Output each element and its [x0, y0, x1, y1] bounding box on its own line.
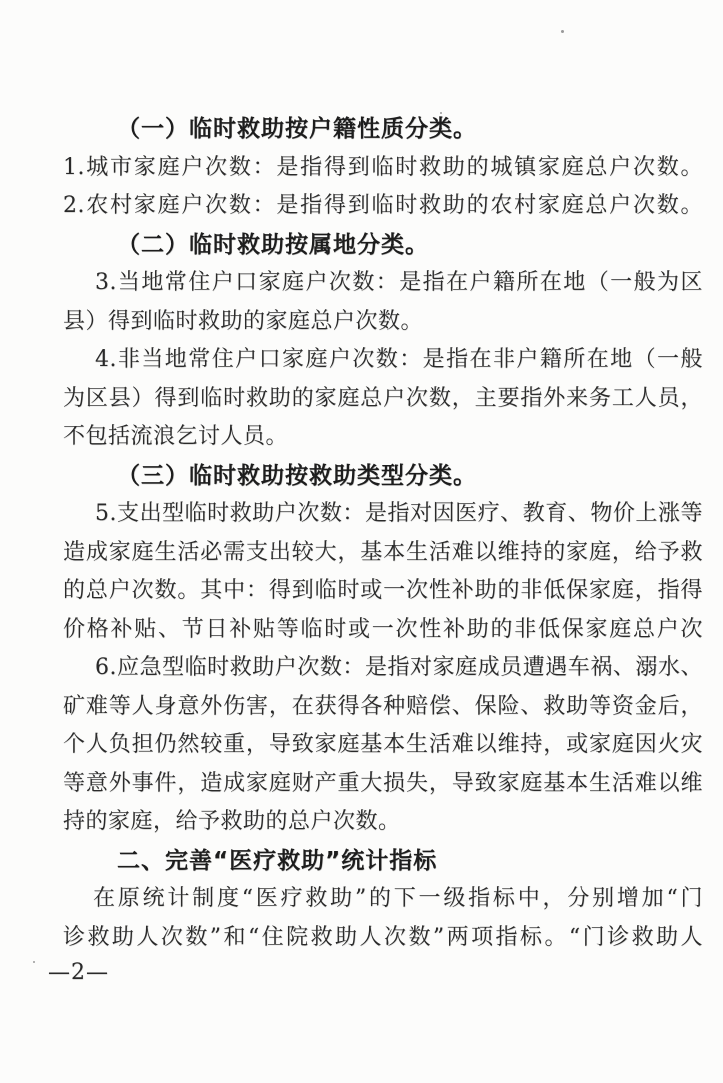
scan-speck	[33, 961, 35, 963]
text-line: 5.支出型临时救助户次数：是指对因医疗、教育、物价上涨等	[63, 495, 703, 534]
text-line: 造成家庭生活必需支出较大，基本生活难以维持的家庭，给予救助	[63, 534, 703, 573]
section-heading-3: （三）临时救助按救助类型分类。	[63, 457, 703, 496]
text-line: 不包括流浪乞讨人员。	[63, 418, 703, 457]
text-line: 3.当地常住户口家庭户次数：是指在户籍所在地（一般为区	[63, 264, 703, 303]
text-line: 县）得到临时救助的家庭总户次数。	[63, 303, 703, 342]
scan-speck	[561, 30, 564, 33]
text-line: 为区县）得到临时救助的家庭总户次数，主要指外来务工人员，	[63, 380, 703, 419]
text-line: 在原统计制度“医疗救助”的下一级指标中，分别增加“门	[63, 880, 703, 919]
text-line: 2.农村家庭户次数：是指得到临时救助的农村家庭总户次数。	[63, 187, 703, 226]
text-line: 持的家庭，给予救助的总户次数。	[63, 803, 703, 842]
text-line: 诊救助人次数”和“住院救助人次数”两项指标。“门诊救助人	[63, 919, 703, 958]
text-line: 等意外事件，造成家庭财产重大损失，导致家庭基本生活难以维	[63, 765, 703, 804]
document-body: （一）临时救助按户籍性质分类。 1.城市家庭户次数：是指得到临时救助的城镇家庭总…	[63, 110, 703, 957]
text-line: 1.城市家庭户次数：是指得到临时救助的城镇家庭总户次数。	[63, 149, 703, 188]
text-line: 的总户次数。其中：得到临时或一次性补助的非低保家庭，指得到	[63, 572, 703, 611]
section-heading-4: 二、完善“医疗救助”统计指标	[63, 842, 703, 881]
scanned-document-page: （一）临时救助按户籍性质分类。 1.城市家庭户次数：是指得到临时救助的城镇家庭总…	[0, 0, 723, 1083]
text-line: 6.应急型临时救助户次数：是指对家庭成员遭遇车祸、溺水、	[63, 649, 703, 688]
page-number: —2—	[48, 958, 109, 988]
text-line: 个人负担仍然较重，导致家庭基本生活难以维持，或家庭因火灾	[63, 726, 703, 765]
text-line: 价格补贴、节日补贴等临时或一次性补助的非低保家庭总户次数。	[63, 611, 703, 650]
text-line: 矿难等人身意外伤害，在获得各种赔偿、保险、救助等资金后，	[63, 688, 703, 727]
section-heading-2: （二）临时救助按属地分类。	[63, 226, 703, 265]
section-heading-1: （一）临时救助按户籍性质分类。	[63, 110, 703, 149]
text-line: 4.非当地常住户口家庭户次数：是指在非户籍所在地（一般	[63, 341, 703, 380]
